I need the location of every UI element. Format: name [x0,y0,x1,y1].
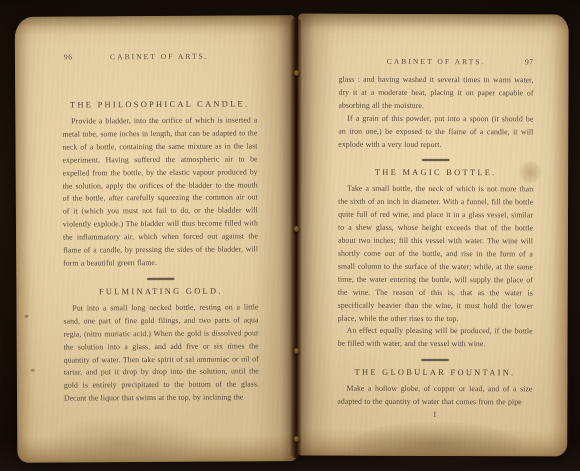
left-page-text: 96 CABINET OF ARTS. THE PHILOSOPHICAL CA… [62,51,259,405]
foxing-speck [24,315,28,318]
section-title-philosophical-candle: THE PHILOSOPHICAL CANDLE. [62,99,257,109]
binding-gutter [290,18,302,458]
paragraph-continuation: glass : and having washed it several tim… [338,74,533,113]
running-header-text: CABINET OF ARTS. [387,57,486,66]
paragraph: Put into a small long necked bottle, res… [63,301,259,405]
foxing-speck [31,369,35,372]
binding-stitch [294,348,299,354]
running-header: CABINET OF ARTS. 97 [339,57,534,69]
running-header-text: CABINET OF ARTS. [110,52,209,62]
stain [351,422,521,467]
paragraph: Provide a bladder, into the orifice of w… [62,114,258,270]
photo-background: 96 CABINET OF ARTS. THE PHILOSOPHICAL CA… [0,0,580,471]
page-number: 97 [525,57,534,66]
section-title-magic-bottle: THE MAGIC BOTTLE. [338,168,533,178]
section-divider [147,278,174,280]
running-header: 96 CABINET OF ARTS. [62,51,257,63]
right-page: CABINET OF ARTS. 97 glass : and having w… [296,14,569,457]
binding-stitch [294,70,299,76]
binding-stitch [294,436,299,442]
paragraph: If a grain of this powder, put into a sp… [338,112,533,151]
paragraph: Take a small bottle, the neck of which i… [338,183,533,326]
paragraph: Make a hollow globe, of copper or lead, … [337,383,532,409]
open-book: 96 CABINET OF ARTS. THE PHILOSOPHICAL CA… [14,10,570,462]
stain [45,416,205,469]
page-number: 96 [64,53,73,62]
section-divider [422,359,449,361]
binding-stitch [294,226,299,232]
paragraph: An effect equally pleasing will be produ… [338,325,533,351]
right-page-text: CABINET OF ARTS. 97 glass : and having w… [337,57,533,420]
signature-mark: I [337,410,532,420]
section-divider [422,159,449,161]
left-page: 96 CABINET OF ARTS. THE PHILOSOPHICAL CA… [15,15,298,463]
section-title-fulminating-gold: FULMINATING GOLD. [63,286,258,296]
section-title-globular-fountain: THE GLOBULAR FOUNTAIN. [338,368,533,378]
